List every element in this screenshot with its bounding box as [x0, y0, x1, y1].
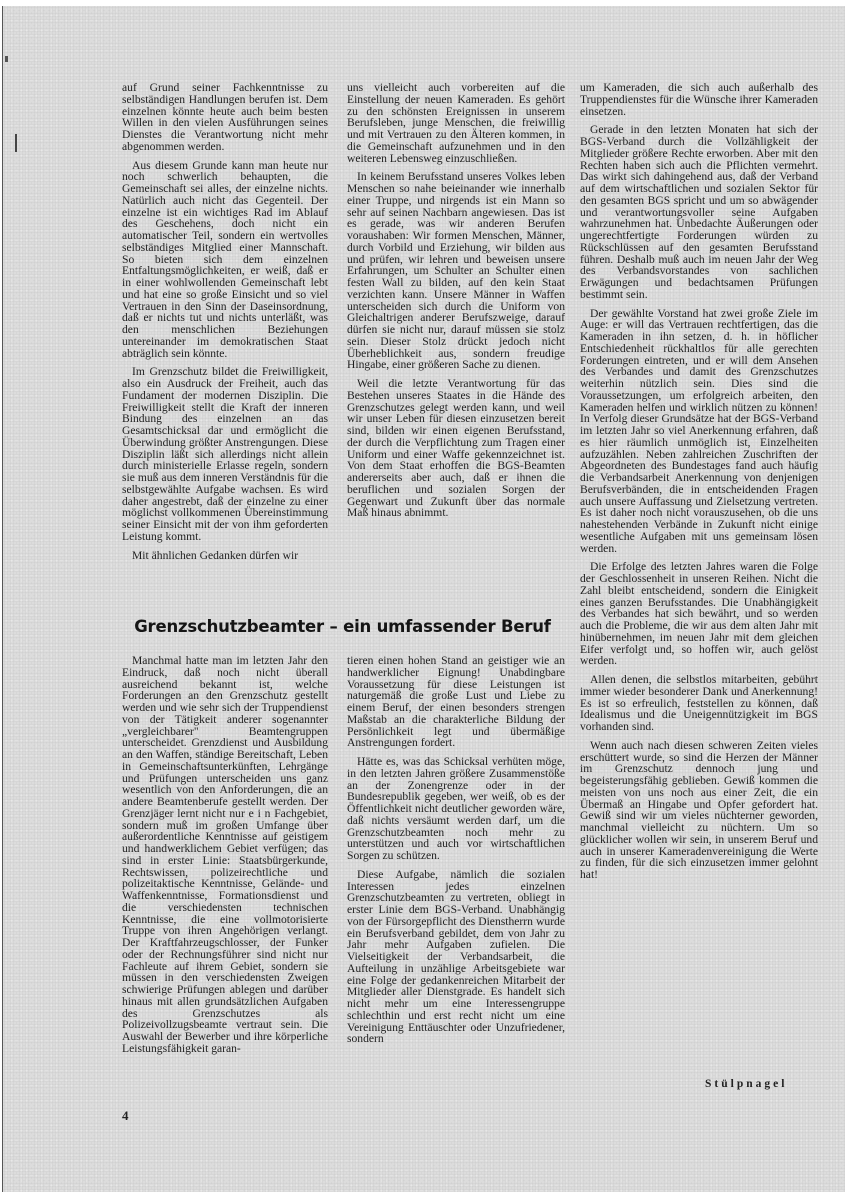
paragraph: Der gewählte Vorstand hat zwei große Zie…: [580, 308, 818, 555]
paragraph: Im Grenzschutz bildet die Freiwilligkeit…: [122, 366, 328, 542]
paragraph: Mit ähnlichen Gedanken dürfen wir: [122, 550, 328, 562]
paragraph: Hätte es, was das Schicksal verhüten mög…: [347, 756, 565, 862]
page-number: 4: [122, 1108, 129, 1124]
paragraph: Wenn auch nach diesen schweren Zeiten vi…: [580, 740, 818, 881]
paragraph: tieren einen hohen Stand an geistiger wi…: [347, 655, 565, 749]
paragraph: Aus diesem Grunde kann man heute nur noc…: [122, 160, 328, 360]
paragraph: Diese Aufgabe, nämlich die sozialen Inte…: [347, 869, 565, 1045]
binding-mark: [15, 134, 17, 152]
paragraph: Weil die letzte Verantwortung für das Be…: [347, 378, 565, 519]
paragraph: auf Grund seiner Fachkenntnisse zu selbs…: [122, 82, 328, 153]
upper-column-2: uns vielleicht auch vorbereiten auf die …: [347, 82, 565, 519]
paragraph: Die Erfolge des letzten Jahres waren die…: [580, 561, 818, 667]
binding-mark: [5, 56, 8, 62]
upper-column-1: auf Grund seiner Fachkenntnisse zu selbs…: [122, 82, 328, 561]
paragraph: Gerade in den letzten Monaten hat sich d…: [580, 124, 818, 300]
paragraph: um Kameraden, die sich auch außerhalb de…: [580, 82, 818, 117]
paragraph: uns vielleicht auch vorbereiten auf die …: [347, 82, 565, 164]
author-signature: Stülpnagel: [705, 1078, 787, 1090]
right-column: um Kameraden, die sich auch außerhalb de…: [580, 82, 818, 881]
paragraph: Allen denen, die selbstlos mitarbeiten, …: [580, 674, 818, 733]
paragraph: Manchmal hatte man im letzten Jahr den E…: [122, 655, 328, 1055]
article-title: Grenzschutzbeamter – ein umfassender Ber…: [115, 617, 570, 636]
article-column-2: tieren einen hohen Stand an geistiger wi…: [347, 655, 565, 1045]
article-column-1: Manchmal hatte man im letzten Jahr den E…: [122, 655, 328, 1055]
paragraph: In keinem Berufsstand unseres Volkes leb…: [347, 171, 565, 371]
